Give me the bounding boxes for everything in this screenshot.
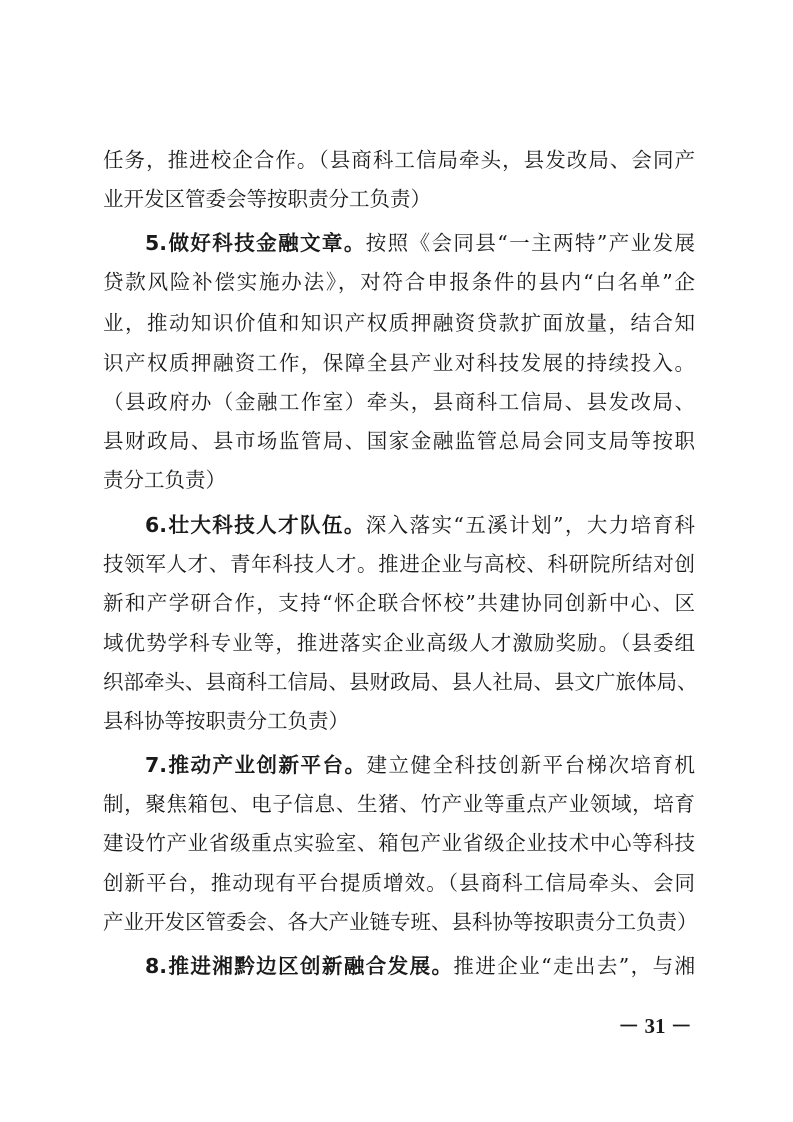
section-6-heading-line: 6.壮大科技人才队伍。深入落实“五溪计划”，大力培育科 bbox=[145, 510, 695, 540]
line-text: 按照《会同县“一主两特”产业发展 bbox=[366, 231, 695, 255]
body-line: 创新平台，推动现有平台提质增效。（县商科工信局牵头、会同 bbox=[103, 868, 695, 898]
section-heading: 6.壮大科技人才队伍。 bbox=[145, 513, 366, 537]
body-line: 业，推动知识价值和知识产权质押融资贷款扩面放量，结合知 bbox=[103, 308, 695, 338]
section-heading: 5.做好科技金融文章。 bbox=[145, 231, 366, 255]
section-heading: 8.推进湘黔边区创新融合发展。 bbox=[145, 954, 453, 978]
body-line: 县财政局、县市场监管局、国家金融监管总局会同支局等按职 bbox=[103, 426, 695, 456]
document-page: 任务，推进校企合作。（县商科工信局牵头，县发改局、会同产 业开发区管委会等按职责… bbox=[0, 0, 793, 1122]
body-line: 域优势学科专业等，推进落实企业高级人才激励奖励。（县委组 bbox=[103, 628, 695, 658]
body-line: 识产权质押融资工作，保障全县产业对科技发展的持续投入。 bbox=[103, 348, 695, 378]
body-line: 产业开发区管委会、各大产业链专班、县科协等按职责分工负责） bbox=[103, 907, 695, 937]
line-text: 域优势学科专业等，推进落实企业高级人才激励奖励。（县委组 bbox=[103, 631, 695, 655]
line-text: 贷款风险补偿实施办法》，对符合申报条件的县内“白名单”企 bbox=[103, 270, 695, 294]
body-line: 织部牵头、县商科工信局、县财政局、县人社局、县文广旅体局、 bbox=[103, 667, 695, 697]
section-heading: 7.推动产业创新平台。 bbox=[145, 753, 367, 777]
line-text: 创新平台，推动现有平台提质增效。（县商科工信局牵头、会同 bbox=[103, 871, 695, 895]
body-line: 任务，推进校企合作。（县商科工信局牵头，县发改局、会同产 bbox=[103, 145, 695, 175]
line-text: 业开发区管委会等按职责分工负责） bbox=[103, 187, 431, 211]
line-text: 县财政局、县市场监管局、国家金融监管总局会同支局等按职 bbox=[103, 429, 695, 453]
body-line: 建设竹产业省级重点实验室、箱包产业省级企业技术中心等科技 bbox=[103, 828, 695, 858]
section-5-heading-line: 5.做好科技金融文章。按照《会同县“一主两特”产业发展 bbox=[145, 228, 695, 258]
body-line: 技领军人才、青年科技人才。推进企业与高校、科研院所结对创 bbox=[103, 549, 695, 579]
section-7-heading-line: 7.推动产业创新平台。建立健全科技创新平台梯次培育机 bbox=[145, 750, 695, 780]
body-line: 新和产学研合作，支持“怀企联合怀校”共建协同创新中心、区 bbox=[103, 588, 695, 618]
line-text: 识产权质押融资工作，保障全县产业对科技发展的持续投入。 bbox=[103, 351, 695, 375]
line-text: 业，推动知识价值和知识产权质押融资贷款扩面放量，结合知 bbox=[103, 311, 695, 335]
line-text: 织部牵头、县商科工信局、县财政局、县人社局、县文广旅体局、 bbox=[103, 670, 698, 694]
body-line: 制，聚焦箱包、电子信息、生猪、竹产业等重点产业领域，培育 bbox=[103, 789, 695, 819]
line-text: 深入落实“五溪计划”，大力培育科 bbox=[366, 513, 695, 537]
line-text: 任务，推进校企合作。（县商科工信局牵头，县发改局、会同产 bbox=[103, 148, 695, 172]
line-text: 技领军人才、青年科技人才。推进企业与高校、科研院所结对创 bbox=[103, 552, 695, 576]
page-number: － 31 － bbox=[610, 1012, 700, 1040]
line-text: 产业开发区管委会、各大产业链专班、县科协等按职责分工负责） bbox=[103, 910, 698, 934]
line-text: 制，聚焦箱包、电子信息、生猪、竹产业等重点产业领域，培育 bbox=[103, 792, 695, 816]
section-8-heading-line: 8.推进湘黔边区创新融合发展。推进企业“走出去”，与湘 bbox=[145, 951, 695, 981]
line-text: 建立健全科技创新平台梯次培育机 bbox=[367, 753, 695, 777]
line-text: 县科协等按职责分工负责） bbox=[103, 709, 349, 733]
body-line: 贷款风险补偿实施办法》，对符合申报条件的县内“白名单”企 bbox=[103, 267, 695, 297]
body-line: 县科协等按职责分工负责） bbox=[103, 706, 695, 736]
body-line: （县政府办（金融工作室）牵头，县商科工信局、县发改局、 bbox=[103, 387, 695, 417]
line-text: （县政府办（金融工作室）牵头，县商科工信局、县发改局、 bbox=[103, 390, 695, 414]
line-text: 推进企业“走出去”，与湘 bbox=[453, 954, 695, 978]
body-line: 业开发区管委会等按职责分工负责） bbox=[103, 184, 695, 214]
line-text: 新和产学研合作，支持“怀企联合怀校”共建协同创新中心、区 bbox=[103, 591, 695, 615]
line-text: 建设竹产业省级重点实验室、箱包产业省级企业技术中心等科技 bbox=[103, 831, 695, 855]
line-text: 责分工负责） bbox=[103, 468, 226, 492]
body-line: 责分工负责） bbox=[103, 465, 695, 495]
